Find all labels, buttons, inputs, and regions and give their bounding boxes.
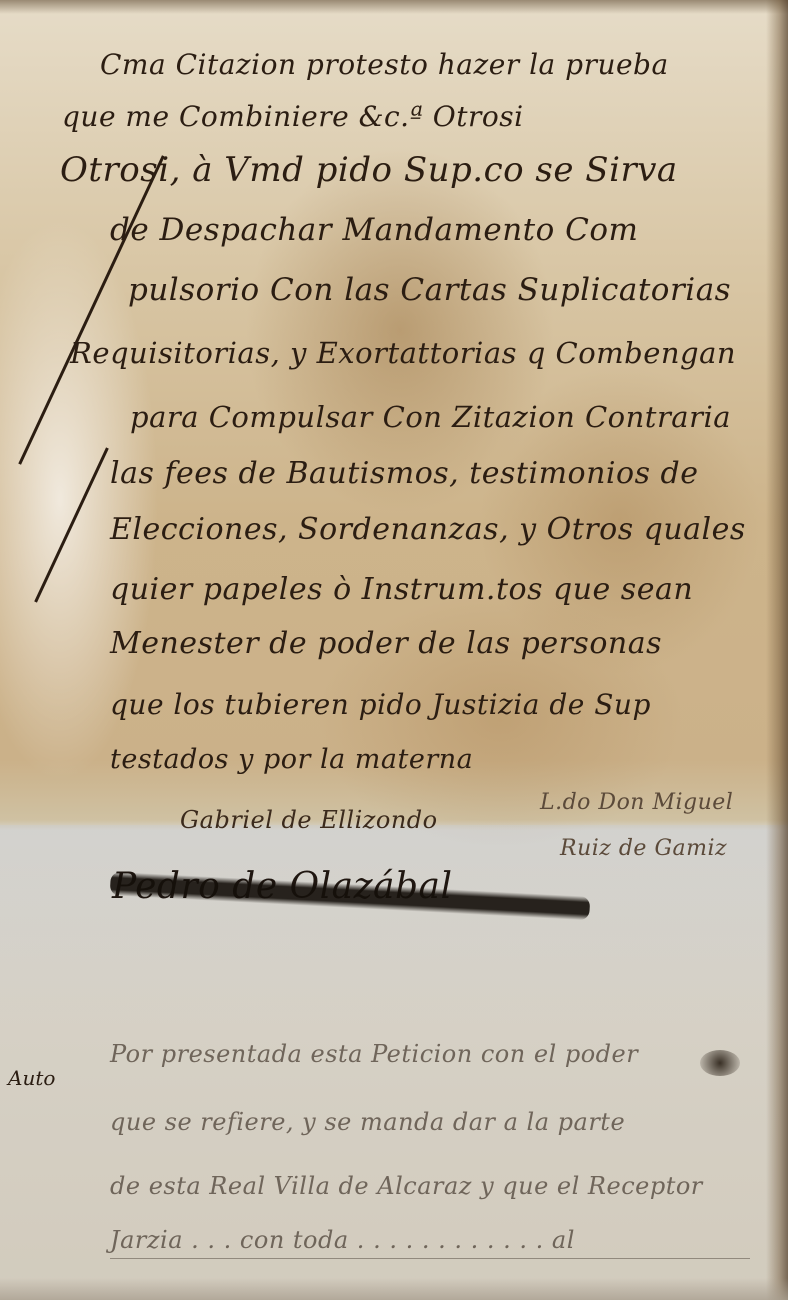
auto-line-2: que se refiere, y se manda dar a la part… xyxy=(110,1108,625,1136)
manuscript-page: Cma Citazion protesto hazer la prueba qu… xyxy=(0,0,788,1300)
page-bottom-edge xyxy=(0,1278,788,1300)
manuscript-line-7: para Compulsar Con Zitazion Contraria xyxy=(130,400,731,434)
manuscript-line-1: Cma Citazion protesto hazer la prueba xyxy=(100,48,669,81)
manuscript-line-13: testados y por la materna xyxy=(110,744,473,775)
manuscript-line-4: de Despachar Mandamento Com xyxy=(110,212,638,248)
manuscript-line-12: que los tubieren pido Justizia de Sup xyxy=(110,688,651,721)
manuscript-line-6: Requisitorias, y Exortattorias q Combeng… xyxy=(70,336,736,370)
manuscript-line-3: Otrosi, à Vmd pido Sup.co se Sirva xyxy=(60,150,678,190)
manuscript-line-11: Menester de poder de las personas xyxy=(110,626,662,661)
auto-line-3: de esta Real Villa de Alcaraz y que el R… xyxy=(110,1172,703,1200)
signature-miguel-line1: L.do Don Miguel xyxy=(540,790,733,815)
auto-line-4: Jarzia . . . con toda . . . . . . . . . … xyxy=(110,1226,575,1254)
auto-margin-label: Auto xyxy=(8,1066,55,1090)
manuscript-line-9: Elecciones, Sordenanzas, y Otros quales xyxy=(110,512,746,547)
signature-gabriel: Gabriel de Ellizondo xyxy=(180,806,438,834)
manuscript-line-2: que me Combiniere &c.ª Otrosi xyxy=(62,100,524,133)
pen-flourish-lower xyxy=(34,447,109,602)
manuscript-line-5: pulsorio Con las Cartas Suplicatorias xyxy=(128,272,731,308)
ink-blot xyxy=(700,1050,740,1076)
page-right-edge xyxy=(766,0,788,1300)
page-top-edge xyxy=(0,0,788,14)
manuscript-line-8: las fees de Bautismos, testimonios de xyxy=(110,456,698,491)
closing-rule-line xyxy=(110,1258,750,1259)
manuscript-line-10: quier papeles ò Instrum.tos que sean xyxy=(110,572,693,607)
signature-miguel-line2: Ruiz de Gamiz xyxy=(560,836,727,861)
auto-line-1: Por presentada esta Peticion con el pode… xyxy=(110,1040,638,1068)
